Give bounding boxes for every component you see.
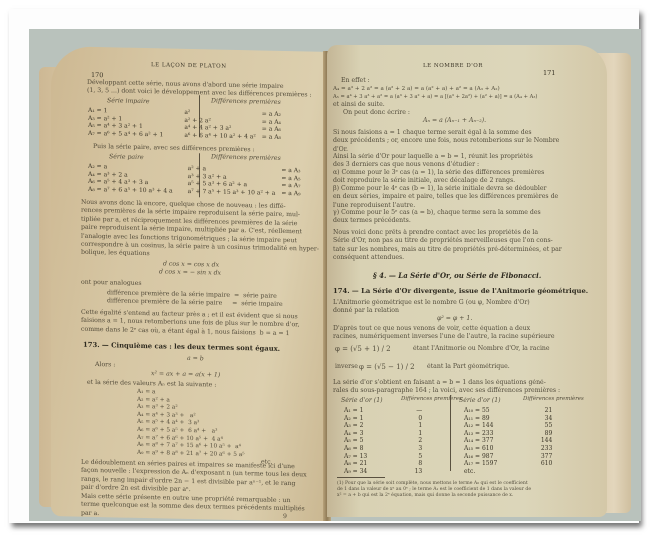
table-row: A₁₅ = 610233 [461, 445, 555, 453]
eq-phi: φ² = φ + 1. [437, 315, 472, 323]
phi-minus-text: étant la Part géométrique. [427, 363, 510, 371]
table-row: A₁₆ = 987377 [461, 453, 555, 461]
on-peut-ecrire: On peut donc écrire : [343, 109, 410, 117]
table-row: A₆ = 83 [341, 445, 425, 453]
table-row: etc. [461, 468, 555, 476]
right-para6: La série d'or s'obtient en faisant a = b… [333, 379, 560, 396]
item-alpha: α) Comme pour le 3ᵉ cas (a = 1), la séri… [333, 169, 544, 186]
table2-header-left: Série paire [109, 153, 144, 162]
table-row: A₈ = 218 [341, 460, 425, 468]
table-row: A₂ = 10 [341, 415, 425, 423]
series-row: A₉ = a⁹ + 8 a⁸ + 21 a⁷ + 20 a⁶ + 5 a⁵ [137, 449, 245, 460]
right-para4: L'Anitmorie géométrique est le nombre G … [333, 299, 530, 316]
gold-table-header-2: Différences premières [401, 395, 462, 403]
eq-general: Aₙ = a (Aₙ₋₁ + Aₙ₋₂). [423, 117, 486, 125]
phi-minus: φ = (√5 − 1) / 2 [359, 363, 415, 371]
gold-table-right: A₁₀ = 5521A₁₁ = 8934A₁₂ = 14455A₁₃ = 233… [461, 407, 555, 475]
right-para1: Si nous faisions a = 1 chaque terme sera… [333, 129, 559, 154]
right-page: LE NOMBRE D'OR 171 En effet : A₄ = a³ + … [327, 45, 607, 517]
signature-mark: 9 [283, 513, 287, 521]
table1-header-left: Série impaire [107, 97, 150, 106]
table-row: A₇ = 135 [341, 453, 425, 461]
left-page-number: 170 [91, 71, 103, 79]
left-para5: Cette égalité s'entend au facteur près a… [81, 309, 299, 339]
section-173-heading: 173. — Cinquième cas : les deux termes s… [83, 341, 280, 353]
table1-header-right: Différences premières [211, 97, 281, 107]
footnote-rule [337, 477, 385, 478]
table-row: A₉ = 3413 [341, 468, 425, 476]
table1: A₁ = 1a²= a A₂ A₃ = a² + 1a² + 2 a²= a A… [85, 107, 284, 142]
left-para8: Mais cette série présente en outre une p… [81, 493, 305, 521]
table-row: A₁ = 1— [341, 407, 425, 415]
alors-label: Alors : [95, 361, 115, 370]
photo-frame: LE LAÇON DE PLATON 170 Développant cette… [9, 9, 639, 523]
inverse-label: inverse [335, 363, 358, 371]
table2: A₂ = aa² + a= a A₃ A₄ = a³ + 2 aa³ + 3 a… [85, 163, 303, 198]
footnote: (1) Pour que la série soit complète, nou… [337, 481, 531, 499]
table-row: A₁₃ = 23389 [461, 430, 555, 438]
right-para3: Nous voici donc prêts à prendre contact … [333, 229, 562, 263]
eq-a-equals-b: a = b [187, 355, 204, 364]
right-running-head: LE NOMBRE D'OR [423, 63, 483, 69]
gold-table-header-1: Série d'or (1) [341, 397, 383, 405]
formula-2: d cos x = − sin x dx [159, 268, 221, 278]
phi-plus: φ = (√5 + 1) / 2 [335, 345, 391, 353]
right-page-number: 171 [543, 69, 555, 77]
gold-table-header-4: Différences premières [523, 395, 584, 403]
eq-square: x² = ax + a = a(x + 1) [151, 370, 220, 380]
table2-header-right: Différences premières [211, 153, 281, 163]
table-row: A₁₇ = 1597610 [461, 460, 555, 468]
table-row: A₁₀ = 5521 [461, 407, 555, 415]
left-running-head: LE LAÇON DE PLATON [151, 62, 227, 70]
table-row: A₁₄ = 377144 [461, 437, 555, 445]
table-row: A₁₁ = 8934 [461, 415, 555, 423]
gold-table-left: A₁ = 1—A₂ = 10A₃ = 21A₄ = 31A₅ = 52A₆ = … [341, 407, 425, 475]
left-page: LE LAÇON DE PLATON 170 Développant cette… [51, 46, 329, 521]
section-174-heading: 174. — La Série d'Or divergente, issue d… [333, 287, 588, 295]
gold-table-header-3: Série d'or (1) [459, 397, 501, 405]
book-photo: LE LAÇON DE PLATON 170 Développant cette… [29, 29, 641, 521]
phi-plus-text: étant l'Anitmorie ou Nombre d'Or, la rac… [413, 345, 550, 353]
table-row: A₄ = 31 [341, 430, 425, 438]
table-row: A₃ = 21 [341, 422, 425, 430]
item-gamma: γ) Comme pour le 5ᵉ cas (a = b), chaque … [333, 209, 541, 226]
right-para2: Ainsi la série d'Or pour laquelle a = b … [333, 153, 533, 170]
left-para7: Le dédoublement en séries paires et impa… [81, 459, 307, 497]
table-row: A₁₂ = 14455 [461, 422, 555, 430]
item-beta: β) Comme pour le 4ᵉ cas (b = 1), la séri… [333, 185, 558, 210]
gold-table-divider [450, 395, 451, 471]
right-para5: D'après tout ce que nous venons de voir,… [333, 325, 555, 342]
table-row: A₅ = 52 [341, 437, 425, 445]
section-4-heading: § 4. — La Série d'Or, ou Série de Fibona… [373, 271, 541, 280]
left-para3: Nous avons donc là encore, quelque chose… [81, 199, 319, 263]
left-para4: ont pour analogues [81, 279, 142, 289]
